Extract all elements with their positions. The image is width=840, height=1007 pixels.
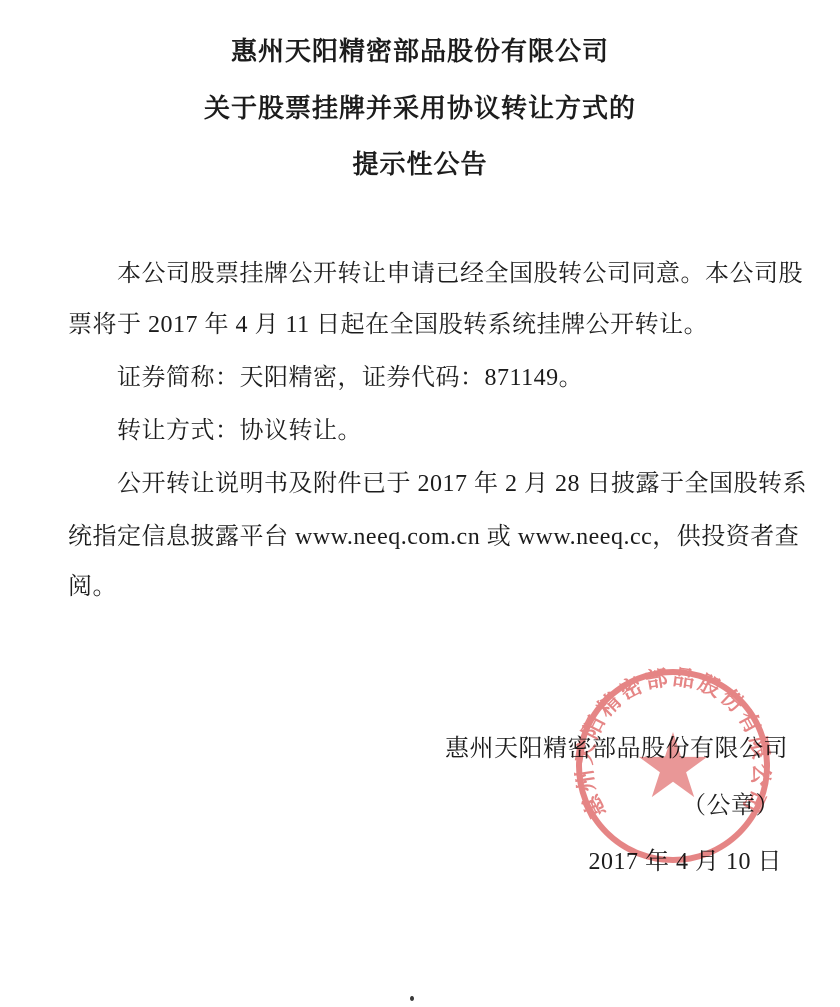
company-seal-stamp-icon: 惠州天阳精密部品股份有限公司 (573, 666, 773, 866)
body-line: 统指定信息披露平台 www.neeq.com.cn 或 www.neeq.cc，… (68, 516, 799, 551)
announcement-page: 惠州天阳精密部品股份有限公司 关于股票挂牌并采用协议转让方式的 提示性公告 本公… (0, 0, 840, 1007)
body-line: 阅。 (68, 566, 117, 601)
document-title-type: 提示性公告 (0, 144, 840, 181)
signature-seal-note: （公章） (682, 785, 780, 820)
document-title-subject: 关于股票挂牌并采用协议转让方式的 (0, 88, 840, 125)
body-line: 票将于 2017 年 4 月 11 日起在全国股转系统挂牌公开转让。 (68, 304, 708, 339)
body-line-securities: 证券简称：天阳精密，证券代码：871149。 (117, 357, 583, 392)
document-title-company: 惠州天阳精密部品股份有限公司 (0, 31, 840, 68)
body-line: 公开转让说明书及附件已于 2017 年 2 月 28 日披露于全国股转系 (117, 463, 807, 498)
body-line: 本公司股票挂牌公开转让申请已经全国股转公司同意。本公司股 (117, 253, 803, 288)
body-line-transfer-method: 转让方式：协议转让。 (117, 410, 362, 445)
page-artifact-dot (410, 996, 414, 1001)
signature-company-name: 惠州天阳精密部品股份有限公司 (445, 728, 788, 763)
seal-ring (579, 672, 767, 860)
signature-date: 2017 年 4 月 10 日 (589, 841, 783, 876)
